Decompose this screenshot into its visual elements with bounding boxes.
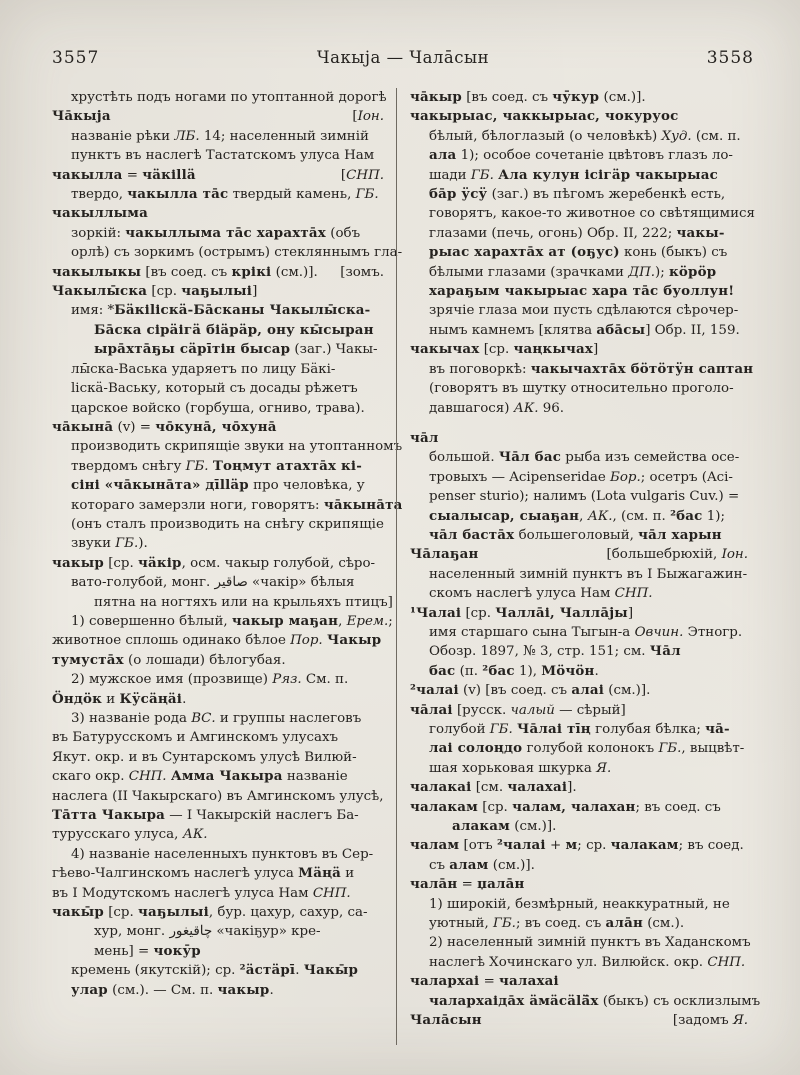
text-line: пунктъ въ наслегѣ Тастатскомъ улуса Нам bbox=[71, 146, 386, 165]
text-line: лаі солоңдо голубой колонокъ ГБ., выцвѣт… bbox=[429, 739, 750, 758]
text-line: чакылыкы [въ соед. съ крікі (см.)].[зомъ… bbox=[52, 263, 384, 282]
text-line: 4) названіе населенныхъ пунктовъ въ Сер- bbox=[71, 845, 386, 864]
entry-headword: Ча̄лаҕан bbox=[410, 545, 479, 564]
text-line: бѣлыми глазами (зрачками ДП.); кöрöр bbox=[429, 263, 750, 282]
text-line: чакыр [ср. чӓкір, осм. чакыр голубой, сѣ… bbox=[52, 554, 386, 573]
text-line: алакам (см.)]. bbox=[452, 817, 750, 836]
text-line: царское войско (горбуша, огниво, трава). bbox=[71, 399, 386, 418]
text-line: глазами (печь, огонь) Обр. II, 222; чакы… bbox=[429, 224, 750, 243]
text-line: 2) мужское имя (прозвище) Ряз. См. п. bbox=[71, 670, 386, 689]
text-line: чалакам [ср. чалам, чалахан; въ соед. съ bbox=[410, 798, 750, 817]
text-line: чалам [отъ ²чалаі + м; ср. чалакам; въ с… bbox=[410, 836, 750, 855]
text-line: чалархаі = чалахаі bbox=[410, 972, 750, 991]
text-line: сыалысар, сыаҕан, АК., (см. п. ²бас 1); bbox=[429, 507, 750, 526]
text-line: чакырыас, чаккырыас, чокуруос bbox=[410, 107, 750, 126]
text-line: хур, монг. چاقيغور «чакіҕур» кре- bbox=[94, 922, 386, 941]
text-line: вато-голубой, монг. صاقير «чакір» бѣлыя bbox=[71, 573, 386, 592]
text-line: названіе рѣки ЛБ. 14; населенный зимній bbox=[71, 127, 386, 146]
text-line: чакыллыма bbox=[52, 204, 386, 223]
text-line: имя: *Бӓкіlіскӓ-Ба̄сканы Чакылы̄ска- bbox=[71, 301, 386, 320]
text-line: ча̄кыр [въ соед. съ чӯкур (см.)]. bbox=[410, 88, 750, 107]
text-line: (говорятъ въ шутку относительно проголо- bbox=[429, 379, 750, 398]
text-line: шади ГБ. Ала кулун ісігӓр чакырыас bbox=[429, 166, 750, 185]
text-line: рыас харахта̄х ат (оҕус) конь (быкъ) съ bbox=[429, 243, 750, 262]
text-line: чалакаі [см. чалахаі]. bbox=[410, 778, 750, 797]
text-line: наслега (II Чакырскаго) въ Амгинскомъ ул… bbox=[52, 787, 386, 806]
text-line: Чала̄сын[задомъ Я. bbox=[410, 1011, 748, 1030]
text-line: съ алам (см.)]. bbox=[429, 856, 750, 875]
runover-bracket: [СНП. bbox=[341, 166, 384, 185]
text-line: хараҕым чакырыас хара та̄с буоллун! bbox=[429, 282, 750, 301]
text-line: мень] = чокӯр bbox=[94, 942, 386, 961]
text-line: Ба̄ска сірӓігӓ біӓрӓр, ону кы̄сыран bbox=[94, 321, 386, 340]
text-line: въ поговоркѣ: чакычахта̄х бöтöтӱн саптан bbox=[429, 360, 750, 379]
text-line: Ча̄лаҕан[большебрюхій, Іон. bbox=[410, 545, 748, 564]
text-line: ²чалаі (v) [въ соед. съ алаі (см.)]. bbox=[410, 681, 750, 700]
text-line: чала̄н = џала̄н bbox=[410, 875, 750, 894]
text-line: Якут. окр. и въ Сунтарскомъ улусѣ Вилюй- bbox=[52, 748, 386, 767]
text-line: улар (см.). — См. п. чакыр. bbox=[71, 981, 386, 1000]
running-head-title: Чакыjа — Чала̄сын bbox=[52, 48, 754, 67]
entry-headword: чакылыкы [въ соед. съ крікі (см.)]. bbox=[52, 263, 318, 282]
text-line: большой. Ча̄л бас рыба изъ семейства осе… bbox=[429, 448, 750, 467]
text-line: Чакылы̄ска [ср. чаҕылыі] bbox=[52, 282, 386, 301]
text-line: скаго окр. СНП. Амма Чакыра названіе bbox=[52, 767, 386, 786]
text-line: бѣлый, бѣлоглазый (о человѣкѣ) Худ. (см.… bbox=[429, 127, 750, 146]
text-line: производить скрипящіе звуки на утоптанно… bbox=[71, 437, 386, 456]
text-line: бас (п. ²бас 1), Мöчöн. bbox=[429, 662, 750, 681]
text-line: ча̄лаі [русск. чалый — сѣрый] bbox=[410, 701, 750, 720]
text-line: кремень (якутскій); ср. ²ӓстӓрī. Чакы̄р bbox=[71, 961, 386, 980]
text-line: голубой ГБ. Ча̄лаі тīң голубая бѣлка; ча… bbox=[429, 720, 750, 739]
text-line: зрячіе глаза мои пусть сдѣлаются сѣрочер… bbox=[429, 301, 750, 320]
text-line: шая хорьковая шкурка Я. bbox=[429, 759, 750, 778]
text-line: турусскаго улуса, АК. bbox=[52, 825, 386, 844]
runover-bracket: [Іон. bbox=[352, 107, 384, 126]
text-line: нымъ камнемъ [клятва аба̄сы] Обр. II, 15… bbox=[429, 321, 750, 340]
text-line: лы̄ска-Васька ударяетъ по лицу Бӓкі- bbox=[71, 360, 386, 379]
entry-headword: чакылла = чӓкіllӓ bbox=[52, 166, 196, 185]
text-line: ¹Чалаі [ср. Чалла̄і, Чалла̄jы] bbox=[410, 604, 750, 623]
text-line: скомъ наслегѣ улуса Нам СНП. bbox=[429, 584, 750, 603]
runover-bracket: [зомъ. bbox=[340, 263, 384, 282]
text-line: въ Батурусскомъ и Амгинскомъ улусахъ bbox=[52, 728, 386, 747]
text-line: чакы̄р [ср. чаҕылыі, бур. цахур, сахур, … bbox=[52, 903, 386, 922]
text-line: чакылла = чӓкіllӓ[СНП. bbox=[52, 166, 384, 185]
text-columns: хрустѣть подъ ногами по утоптанной дорог… bbox=[52, 88, 760, 1045]
runover-bracket: [большебрюхій, Іон. bbox=[606, 545, 748, 564]
text-line: 2) населенный зимній пунктъ въ Хаданском… bbox=[429, 933, 750, 952]
text-line: уютный, ГБ.; въ соед. съ ала̄н (см.). bbox=[429, 914, 750, 933]
entry-headword: Чала̄сын bbox=[410, 1011, 482, 1030]
text-line: Ча̄кыjа[Іон. bbox=[52, 107, 384, 126]
text-line: твердо, чакылла та̄с твердый камень, ГБ. bbox=[71, 185, 386, 204]
text-line: хрустѣть подъ ногами по утоптанной дорог… bbox=[71, 88, 386, 107]
text-line: гѣево-Чалгинскомъ наслегѣ улуса Мӓңӓ и bbox=[52, 864, 386, 883]
text-line: ча̄кына̄ (v) = чо̄куна̄, чо̄хуна̄ bbox=[52, 418, 386, 437]
text-line: давшагося) АК. 96. bbox=[429, 399, 750, 418]
text-line: зоркій: чакыллыма та̄с харахта̄х (объ bbox=[71, 224, 386, 243]
text-line: ча̄л баста̄х большеголовый, ча̄л харын bbox=[429, 526, 750, 545]
left-column: хрустѣть подъ ногами по утоптанной дорог… bbox=[52, 88, 396, 1045]
text-line: твердомъ снѣгу ГБ. Тоңмут атахта̄х кі- bbox=[71, 457, 386, 476]
text-line: penser sturio); налимъ (Lota vulgaris Cu… bbox=[429, 487, 750, 506]
text-line: имя старшаго сына Тыгын-а Овчин. Этногр. bbox=[429, 623, 750, 642]
text-line: (онъ сталъ производить на снѣгу скрипящі… bbox=[71, 515, 386, 534]
text-line: звуки ГБ.). bbox=[71, 534, 386, 553]
page-header: 3557 Чакыjа — Чала̄сын 3558 bbox=[52, 48, 754, 68]
text-line: 1) широкій, безмѣрный, неаккуратный, не bbox=[429, 895, 750, 914]
text-line: ыра̄хта̄ҕы сӓрīтін бысар (заг.) Чакы- bbox=[94, 340, 386, 359]
text-line: наслегѣ Хочинскаго ул. Вилюйск. окр. СНП… bbox=[429, 953, 750, 972]
text-line: чакычах [ср. чаңкычах] bbox=[410, 340, 750, 359]
text-line: котораго замерзли ноги, говорятъ: ча̄кын… bbox=[71, 496, 386, 515]
text-line: 3) названіе рода ВС. и группы наслеговъ bbox=[71, 709, 386, 728]
runover-bracket: [задомъ Я. bbox=[673, 1011, 748, 1030]
text-line: Öндöк и Кӱсӓңӓі. bbox=[52, 690, 386, 709]
text-line: Обозр. 1897, № 3, стр. 151; см. Ча̄л bbox=[429, 642, 750, 661]
text-line: 1) совершенно бѣлый, чакыр маҕан, Ерем.; bbox=[71, 612, 386, 631]
text-line: сіні «ча̄кына̄та» дīllӓр про человѣка, у bbox=[71, 476, 386, 495]
text-line: говорятъ, какое-то животное со свѣтящими… bbox=[429, 204, 750, 223]
text-line: lіскӓ-Ваську, который съ досады рѣжетъ bbox=[71, 379, 386, 398]
text-line: ала 1); особое сочетаніе цвѣтовъ глазъ л… bbox=[429, 146, 750, 165]
text-line: орлѣ) съ зоркимъ (острымъ) стекляннымъ г… bbox=[71, 243, 386, 262]
entry-headword: Ча̄кыjа bbox=[52, 107, 111, 126]
text-line: пятна на ногтяхъ или на крыльяхъ птицъ] bbox=[94, 593, 386, 612]
text-line: чалархаіда̄х ӓмӓсӓlӓ̄х (быкъ) съ осклизл… bbox=[429, 992, 750, 1011]
text-line: Та̄тта Чакыра — I Чакырскій наслегъ Ба- bbox=[52, 806, 386, 825]
text-line: ча̄л bbox=[410, 429, 750, 448]
text-line: населенный зимній пунктъ въ I Быжагажин- bbox=[429, 565, 750, 584]
dictionary-page: 3557 Чакыjа — Чала̄сын 3558 хрустѣть под… bbox=[0, 0, 800, 1075]
text-line: тровыхъ — Acipenseridae Бор.; осетръ (Ac… bbox=[429, 468, 750, 487]
text-line: въ I Модутскомъ наслегѣ улуса Нам СНП. bbox=[52, 884, 386, 903]
right-column: ча̄кыр [въ соед. съ чӯкур (см.)].чакырыа… bbox=[396, 88, 750, 1045]
text-line: животное сплошь одинако бѣлое Пор. Чакыр bbox=[52, 631, 386, 650]
text-line: тумуста̄х (о лошади) бѣлогубая. bbox=[52, 651, 386, 670]
text-line: ба̄р ӱсӱ (заг.) въ пѣгомъ жеребенкѣ есть… bbox=[429, 185, 750, 204]
